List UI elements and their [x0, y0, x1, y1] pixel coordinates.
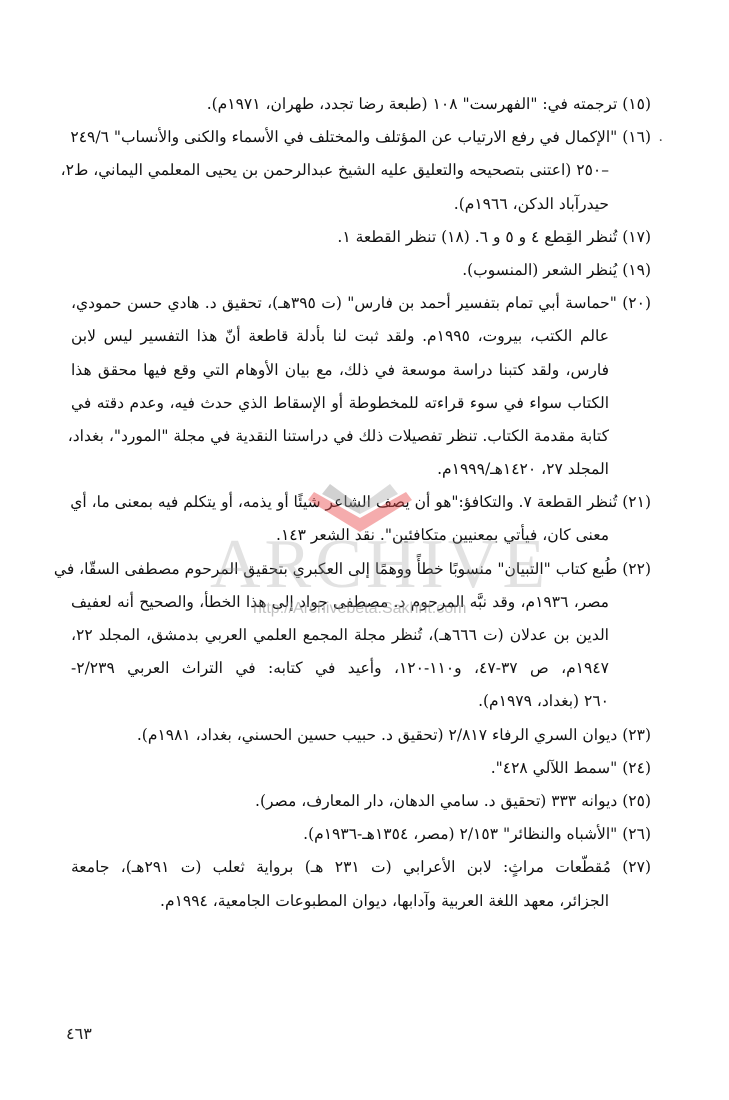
footnote-20-line-6: المجلد ٢٧، ١٤٢٠هـ/١٩٩٩م.	[71, 453, 609, 486]
footnote-20-line-2: عالم الكتب، بيروت، ١٩٩٥م. ولقد ثبت لنا ب…	[71, 320, 609, 353]
document-page: (١٥) ترجمته في: "الفهرست" ١٠٨ (طبعة رضا …	[0, 0, 729, 1100]
footnote-25: (٢٥) ديوانه ٣٣٣ (تحقيق د. سامي الدهان، د…	[71, 785, 651, 818]
footnote-24: (٢٤) "سمط اللآلي ٤٢٨".	[71, 752, 651, 785]
footnote-21-line-2: معنى كان، فيأتي بمعنيين متكافئين". نقد ا…	[71, 519, 609, 552]
footnote-17-18: (١٧) تُنظر القِطع ٤ و ٥ و ٦. (١٨) تنظر ا…	[71, 221, 651, 254]
footnote-22-line-2: مصر، ١٩٣٦م، وقد نبَّه المرحوم د. مصطفى ج…	[71, 586, 609, 619]
footnote-22-line-5: ٢٦٠ (بغداد، ١٩٧٩م).	[71, 685, 609, 718]
footnote-20-line-1: (٢٠) "حماسة أبي تمام بتفسير أحمد بن فارس…	[71, 287, 651, 320]
footnote-21-line-1: (٢١) تُنظر القطعة ٧. والتكافؤ:"هو أن يصف…	[71, 486, 651, 519]
footnote-22-line-1: (٢٢) طُبع كتاب "التبيان" منسوبًا خطأً وو…	[71, 553, 651, 586]
footnote-22-line-3: الدين بن عدلان (ت ٦٦٦هـ)، تُنظر مجلة الم…	[71, 619, 609, 652]
footnote-20-line-3: فارس، ولقد كتبنا دراسة موسعة في ذلك، مع …	[71, 354, 609, 387]
page-number: ٤٦٣	[66, 1024, 92, 1043]
footnote-16-line-1: . (١٦) "الإكمال في رفع الارتياب عن المؤت…	[71, 121, 651, 154]
footnote-20-line-5: كتابة مقدمة الكتاب. تنظر تفصيلات ذلك في …	[71, 420, 609, 453]
footnotes-section: (١٥) ترجمته في: "الفهرست" ١٠٨ (طبعة رضا …	[71, 88, 651, 918]
footnote-16-text-1: (١٦) "الإكمال في رفع الارتياب عن المؤتلف…	[70, 128, 651, 146]
footnote-23: (٢٣) ديوان السري الرفاء ٢/٨١٧ (تحقيق د. …	[71, 719, 651, 752]
footnote-16-line-3: حيدرآباد الدكن، ١٩٦٦م).	[71, 188, 609, 221]
footnote-15: (١٥) ترجمته في: "الفهرست" ١٠٨ (طبعة رضا …	[71, 88, 651, 121]
stray-dot: .	[659, 121, 663, 154]
footnote-16-line-2: –٢٥٠ (اعتنى بتصحيحه والتعليق عليه الشيخ …	[71, 154, 609, 187]
footnote-27-line-2: الجزائر، معهد اللغة العربية وآدابها، ديو…	[71, 885, 609, 918]
footnote-22-line-4: ١٩٤٧م، ص ٣٧-٤٧، و١١٠-١٢٠، وأعيد في كتابه…	[71, 652, 609, 685]
footnote-27-line-1: (٢٧) مُقطّعات مراثٍ: لابن الأعرابي (ت ٢٣…	[71, 851, 651, 884]
footnote-26: (٢٦) "الأشباه والنظائر" ٢/١٥٣ (مصر، ١٣٥٤…	[71, 818, 651, 851]
footnote-19: (١٩) يُنظر الشعر (المنسوب).	[71, 254, 651, 287]
footnote-20-line-4: الكتاب سواء في سوء قراءته للمخطوطة أو ال…	[71, 387, 609, 420]
